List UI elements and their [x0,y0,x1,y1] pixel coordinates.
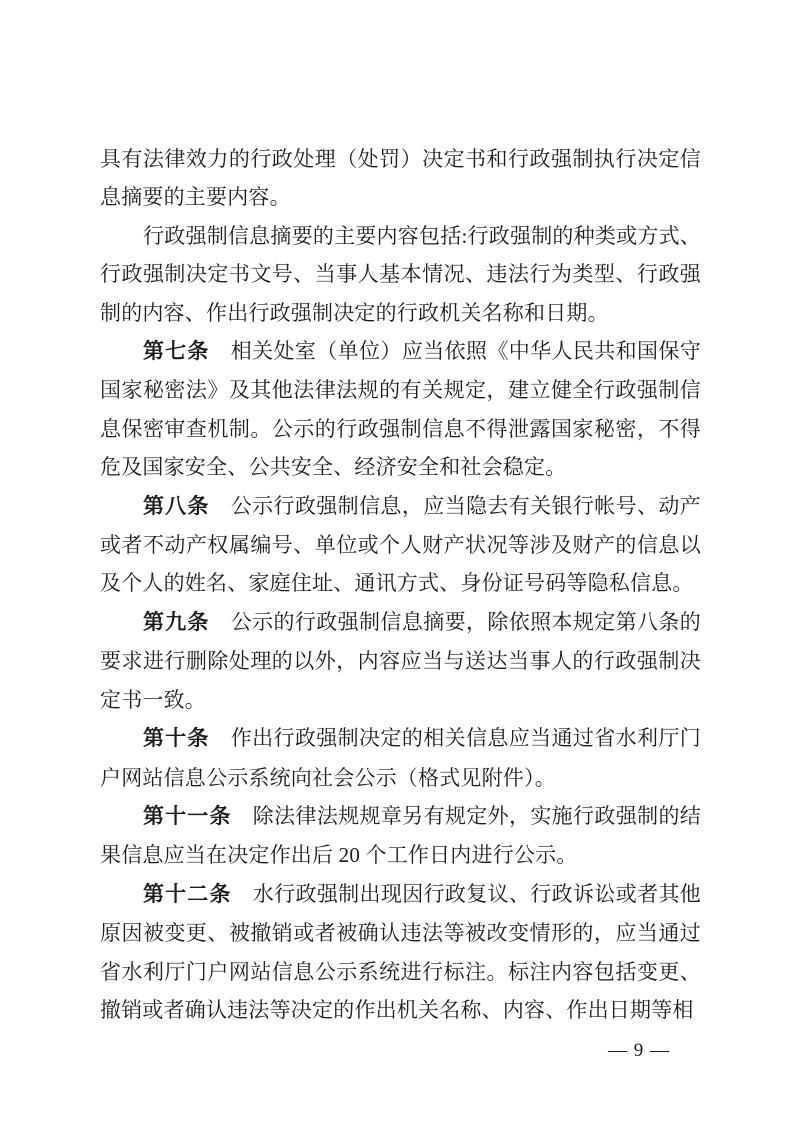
article-paragraph-8: 第八条公示行政强制信息，应当隐去有关银行帐号、动产或者不动产权属编号、单位或个人… [100,487,701,603]
paragraph: 行政强制信息摘要的主要内容包括:行政强制的种类或方式、行政强制决定书文号、当事人… [100,217,701,332]
article-number: 第十条 [143,727,210,750]
article-paragraph-11: 第十一条除法律法规规章另有规定外，实施行政强制的结果信息应当在决定作出后 20 … [100,797,701,875]
article-number: 第九条 [143,611,210,634]
article-paragraph-10: 第十条作出行政强制决定的相关信息应当通过省水利厅门户网站信息公示系统向社会公示（… [100,719,701,797]
article-number: 第七条 [143,340,210,363]
article-paragraph-12: 第十二条水行政强制出现因行政复议、行政诉讼或者其他原因被变更、被撤销或者被确认违… [100,875,701,1030]
article-number: 第八条 [143,495,210,518]
text-column: 具有法律效力的行政处理（处罚）决定书和行政强制执行决定信息摘要的主要内容。 行政… [100,140,701,1029]
article-paragraph-7: 第七条相关处室（单位）应当依照《中华人民共和国保守国家秘密法》及其他法律法规的有… [100,332,701,487]
article-number: 第十二条 [143,883,232,906]
paragraph-text: 具有法律效力的行政处理（处罚）决定书和行政强制执行决定信息摘要的主要内容。 [100,147,701,209]
article-number: 第十一条 [143,805,232,828]
article-paragraph-9: 第九条公示的行政强制信息摘要，除依照本规定第八条的要求进行删除处理的以外，内容应… [100,603,701,719]
document-page: 具有法律效力的行政处理（处罚）决定书和行政强制执行决定信息摘要的主要内容。 行政… [0,0,800,1132]
page-number: — 9 — [597,1040,681,1062]
paragraph-continuation: 具有法律效力的行政处理（处罚）决定书和行政强制执行决定信息摘要的主要内容。 [100,140,701,217]
paragraph-text: 行政强制信息摘要的主要内容包括:行政强制的种类或方式、行政强制决定书文号、当事人… [100,224,701,325]
